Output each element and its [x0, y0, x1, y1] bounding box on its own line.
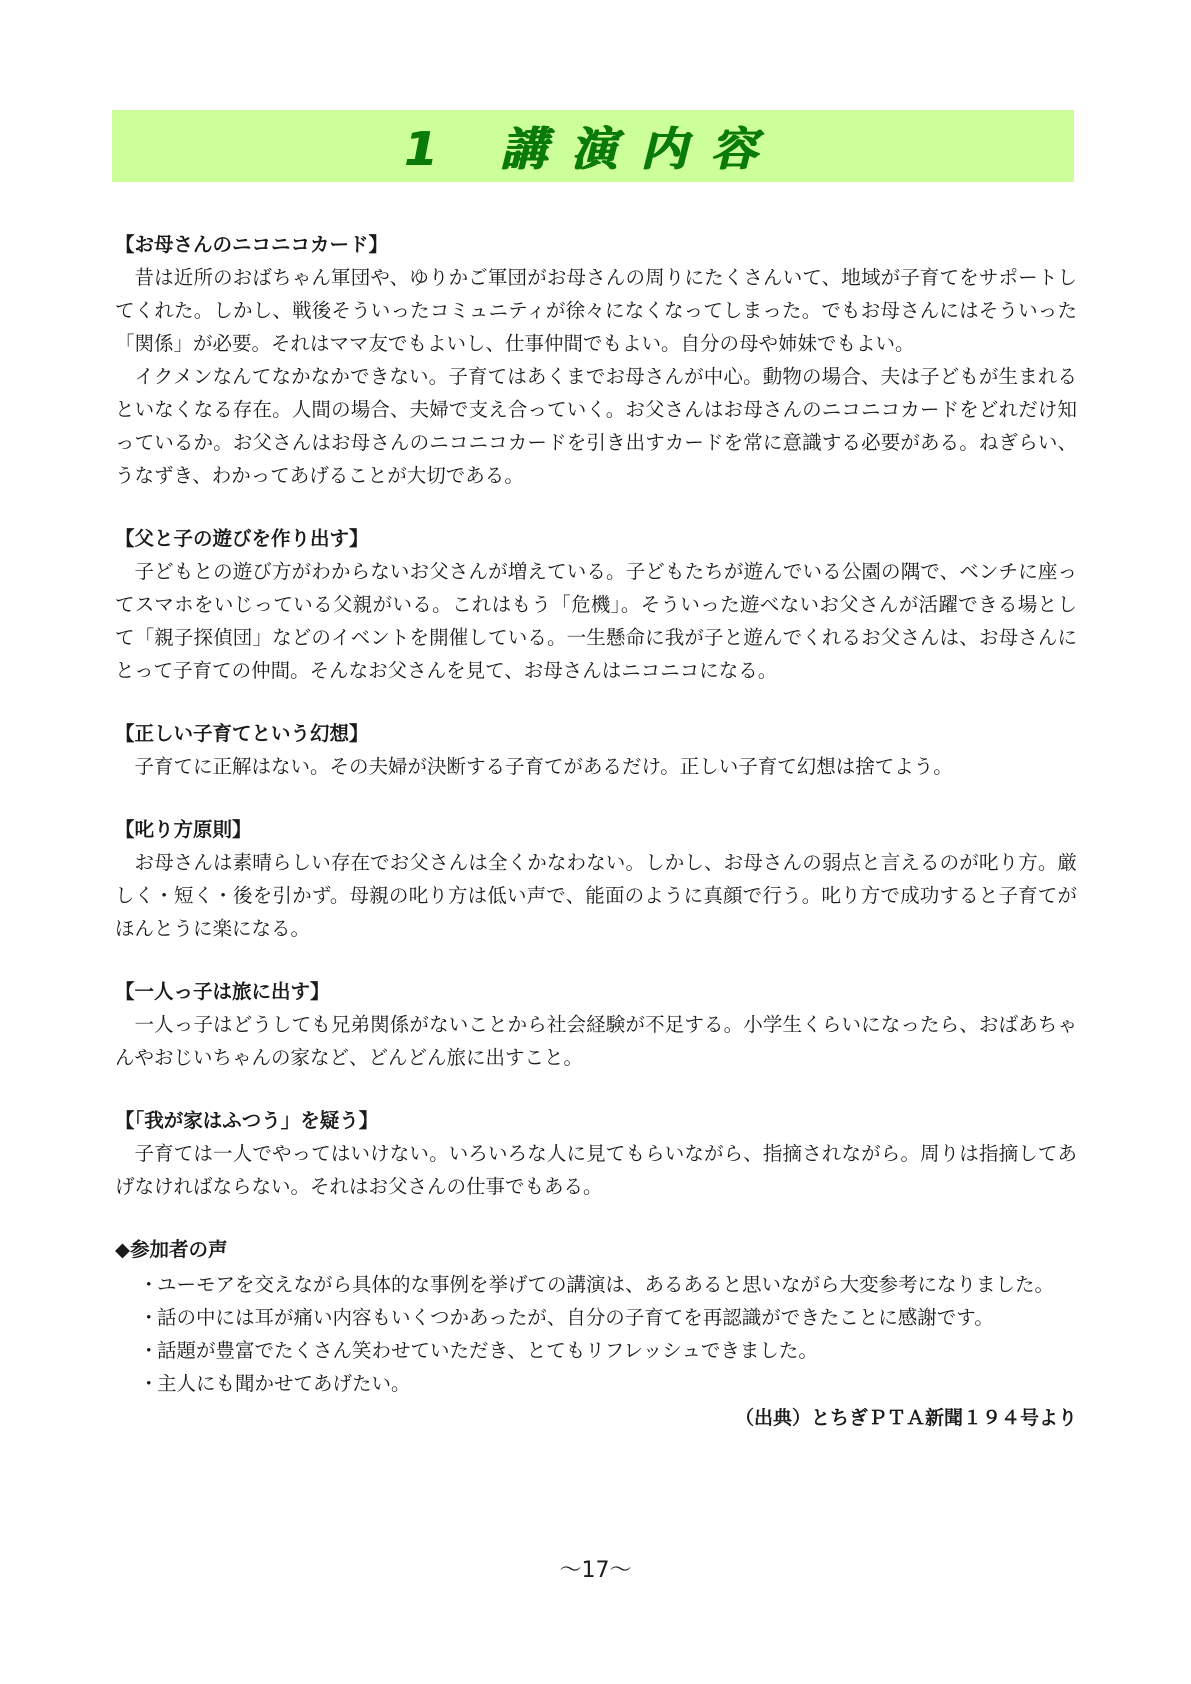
bullet-icon: ・ — [139, 1301, 159, 1334]
section-paragraph: イクメンなんてなかなかできない。子育てはあくまでお母さんが中心。動物の場合、夫は… — [115, 360, 1077, 492]
section-doubt-normal: 【「我が家はふつう」を疑う】 子育ては一人でやってはいけない。いろいろな人に見て… — [115, 1104, 1077, 1203]
title-number: 1 — [405, 122, 461, 176]
section-only-child-travel: 【一人っ子は旅に出す】 一人っ子はどうしても兄弟関係がないことから社会経験が不足… — [115, 975, 1077, 1074]
section-heading: 【正しい子育てという幻想】 — [115, 717, 1077, 750]
section-paragraph: 昔は近所のおばちゃん軍団や、ゆりかご軍団がお母さんの周りにたくさんいて、地域が子… — [115, 261, 1077, 360]
section-mother-card: 【お母さんのニコニコカード】 昔は近所のおばちゃん軍団や、ゆりかご軍団がお母さん… — [115, 228, 1077, 492]
voices-list: ・ユーモアを交えながら具体的な事例を挙げての講演は、あるあると思いながら大変参考… — [115, 1268, 1077, 1400]
page-number: ～17～ — [0, 1553, 1191, 1584]
bullet-icon: ・ — [139, 1367, 159, 1400]
source-citation: （出典）とちぎＰＴＡ新聞１９４号より — [115, 1402, 1077, 1435]
section-paragraph: 子育ては一人でやってはいけない。いろいろな人に見てもらいながら、指摘されながら。… — [115, 1137, 1077, 1203]
section-paragraph: 子育てに正解はない。その夫婦が決断する子育てがあるだけ。正しい子育て幻想は捨てよ… — [115, 750, 1077, 783]
section-heading: 【一人っ子は旅に出す】 — [115, 975, 1077, 1008]
page-title: 1講演内容 — [405, 113, 781, 179]
participant-voices: ◆参加者の声 ・ユーモアを交えながら具体的な事例を挙げての講演は、あるあると思い… — [115, 1233, 1077, 1435]
voice-item: ・話題が豊富でたくさん笑わせていただき、とてもリフレッシュできました。 — [139, 1334, 1077, 1367]
voices-heading: ◆参加者の声 — [115, 1233, 1077, 1266]
section-paragraph: お母さんは素晴らしい存在でお父さんは全くかなわない。しかし、お母さんの弱点と言え… — [115, 846, 1077, 945]
title-label: 講演内容 — [501, 122, 781, 176]
section-right-parenting-illusion: 【正しい子育てという幻想】 子育てに正解はない。その夫婦が決断する子育てがあるだ… — [115, 717, 1077, 783]
document-body: 【お母さんのニコニコカード】 昔は近所のおばちゃん軍団や、ゆりかご軍団がお母さん… — [115, 228, 1077, 1435]
section-heading: 【叱り方原則】 — [115, 813, 1077, 846]
voice-item: ・ユーモアを交えながら具体的な事例を挙げての講演は、あるあると思いながら大変参考… — [139, 1268, 1077, 1301]
section-heading: 【父と子の遊びを作り出す】 — [115, 522, 1077, 555]
section-scolding-principles: 【叱り方原則】 お母さんは素晴らしい存在でお父さんは全くかなわない。しかし、お母… — [115, 813, 1077, 945]
title-band: 1講演内容 — [112, 110, 1074, 182]
voice-item: ・話の中には耳が痛い内容もいくつかあったが、自分の子育てを再認識ができたことに感… — [139, 1301, 1077, 1334]
bullet-icon: ・ — [139, 1334, 159, 1367]
section-heading: 【お母さんのニコニコカード】 — [115, 228, 1077, 261]
voice-item: ・主人にも聞かせてあげたい。 — [139, 1367, 1077, 1400]
bullet-icon: ・ — [139, 1268, 159, 1301]
section-father-child-play: 【父と子の遊びを作り出す】 子どもとの遊び方がわからないお父さんが増えている。子… — [115, 522, 1077, 687]
section-paragraph: 一人っ子はどうしても兄弟関係がないことから社会経験が不足する。小学生くらいになっ… — [115, 1008, 1077, 1074]
section-heading: 【「我が家はふつう」を疑う】 — [115, 1104, 1077, 1137]
section-paragraph: 子どもとの遊び方がわからないお父さんが増えている。子どもたちが遊んでいる公園の隅… — [115, 555, 1077, 687]
